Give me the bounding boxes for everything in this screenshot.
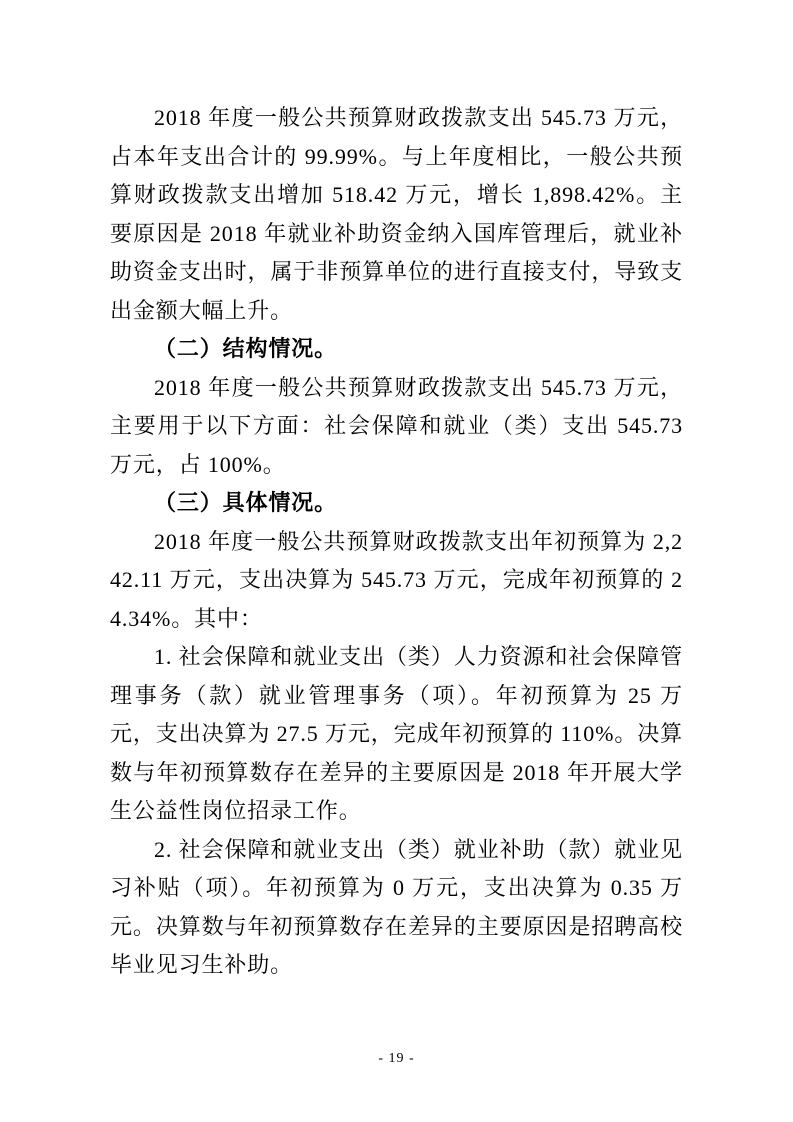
body-paragraph: 2018 年度一般公共预算财政拨款支出 545.73 万元，主要用于以下方面：社… bbox=[110, 369, 683, 485]
section-heading: （三）具体情况。 bbox=[110, 484, 683, 523]
body-paragraph: 1. 社会保障和就业支出（类）人力资源和社会保障管理事务（款）就业管理事务（项）… bbox=[110, 638, 683, 831]
section-heading: （二）结构情况。 bbox=[110, 330, 683, 369]
page-number: - 19 - bbox=[0, 1051, 793, 1067]
body-paragraph: 2018 年度一般公共预算财政拨款支出年初预算为 2,242.11 万元，支出决… bbox=[110, 523, 683, 639]
body-paragraph: 2. 社会保障和就业支出（类）就业补助（款）就业见习补贴（项）。年初预算为 0 … bbox=[110, 831, 683, 985]
document-page: 2018 年度一般公共预算财政拨款支出 545.73 万元，占本年支出合计的 9… bbox=[0, 0, 793, 1122]
document-body: 2018 年度一般公共预算财政拨款支出 545.73 万元，占本年支出合计的 9… bbox=[110, 99, 683, 985]
body-paragraph: 2018 年度一般公共预算财政拨款支出 545.73 万元，占本年支出合计的 9… bbox=[110, 99, 683, 330]
